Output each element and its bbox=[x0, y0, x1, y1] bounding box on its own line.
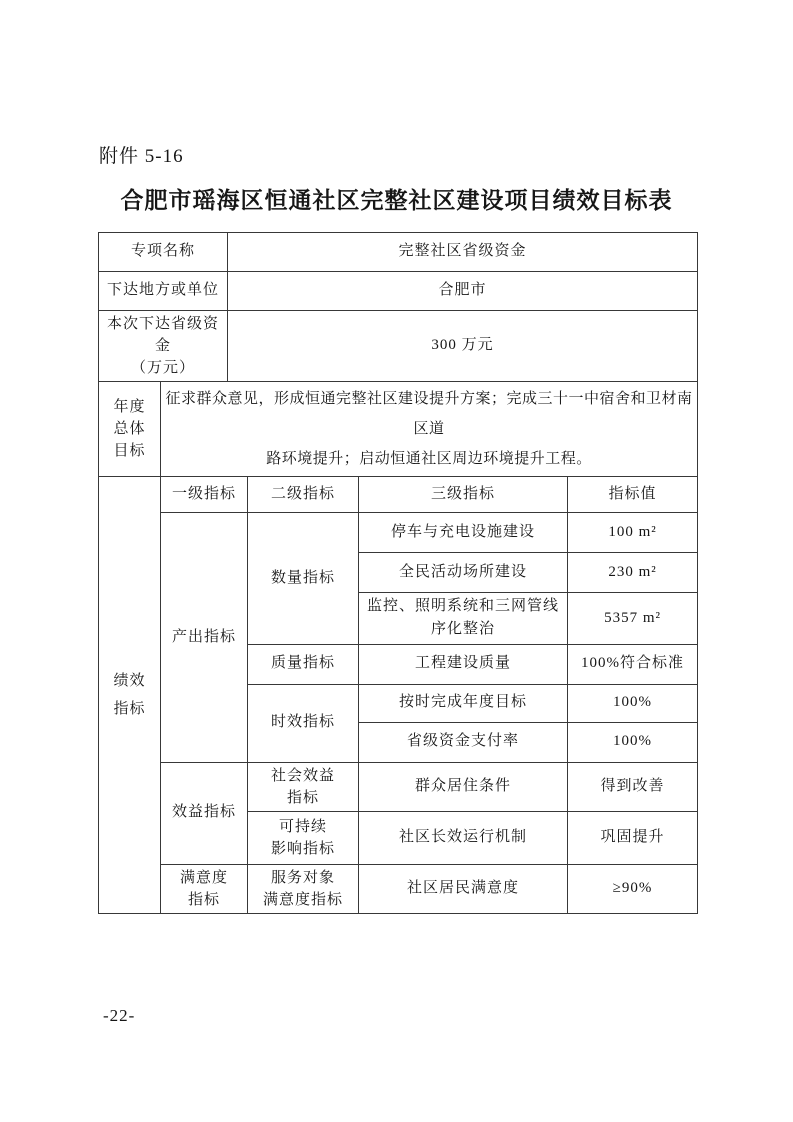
tertiary-cell: 按时完成年度目标 bbox=[359, 684, 568, 722]
info-label-line: （万元） bbox=[103, 357, 223, 379]
primary-satisfaction-cell: 满意度 指标 bbox=[161, 864, 248, 913]
value-cell: 得到改善 bbox=[568, 762, 698, 811]
indicator-row: 效益指标 社会效益 指标 群众居住条件 得到改善 bbox=[99, 762, 698, 811]
value-cell: 100% bbox=[568, 722, 698, 762]
header-primary-indicator: 一级指标 bbox=[161, 477, 248, 513]
document-page: 附件 5-16 合肥市瑶海区恒通社区完整社区建设项目绩效目标表 专项名称 完整社… bbox=[0, 0, 793, 1122]
primary-text-line: 满意度 bbox=[165, 867, 243, 889]
secondary-text-line: 可持续 bbox=[252, 816, 354, 838]
document-title: 合肥市瑶海区恒通社区完整社区建设项目绩效目标表 bbox=[0, 182, 793, 215]
annual-goal-row: 年度 总体 目标 征求群众意见，形成恒通完整社区建设提升方案；完成三十一中宿舍和… bbox=[99, 382, 698, 477]
secondary-service-cell: 服务对象 满意度指标 bbox=[248, 864, 359, 913]
header-tertiary-indicator: 三级指标 bbox=[359, 477, 568, 513]
performance-section-label-line: 指标 bbox=[103, 695, 156, 723]
value-cell: 100%符合标准 bbox=[568, 644, 698, 684]
annual-goal-text-line: 征求群众意见，形成恒通完整社区建设提升方案；完成三十一中宿舍和卫材南区道 bbox=[165, 384, 693, 444]
secondary-quality-cell: 质量指标 bbox=[248, 644, 359, 684]
secondary-text-line: 社会效益 bbox=[252, 765, 354, 787]
secondary-quantity-cell: 数量指标 bbox=[248, 513, 359, 645]
info-value: 300 万元 bbox=[228, 311, 698, 382]
annual-goal-text-line: 路环境提升；启动恒通社区周边环境提升工程。 bbox=[165, 444, 693, 474]
annual-goal-text: 征求群众意见，形成恒通完整社区建设提升方案；完成三十一中宿舍和卫材南区道 路环境… bbox=[161, 382, 698, 477]
value-cell: 100 m² bbox=[568, 513, 698, 553]
value-cell: ≥90% bbox=[568, 864, 698, 913]
tertiary-cell: 监控、照明系统和三网管线序化整治 bbox=[359, 593, 568, 645]
annual-goal-label-line: 总体 bbox=[103, 418, 156, 440]
header-secondary-indicator: 二级指标 bbox=[248, 477, 359, 513]
primary-output-cell: 产出指标 bbox=[161, 513, 248, 763]
value-cell: 100% bbox=[568, 684, 698, 722]
info-row-fund-amount: 本次下达省级资金 （万元） 300 万元 bbox=[99, 311, 698, 382]
annual-goal-label-line: 目标 bbox=[103, 440, 156, 462]
tertiary-text: 监控、照明系统和三网管线序化整治 bbox=[363, 595, 563, 642]
page-number: -22- bbox=[103, 1006, 135, 1026]
performance-section-label: 绩效 指标 bbox=[99, 477, 161, 914]
value-cell: 巩固提升 bbox=[568, 811, 698, 864]
value-cell: 5357 m² bbox=[568, 593, 698, 645]
indicator-header-row: 绩效 指标 一级指标 二级指标 三级指标 指标值 bbox=[99, 477, 698, 513]
value-cell: 230 m² bbox=[568, 553, 698, 593]
tertiary-cell: 社区居民满意度 bbox=[359, 864, 568, 913]
tertiary-cell: 全民活动场所建设 bbox=[359, 553, 568, 593]
secondary-text-line: 满意度指标 bbox=[252, 889, 354, 911]
secondary-sustain-cell: 可持续 影响指标 bbox=[248, 811, 359, 864]
info-row-project-name: 专项名称 完整社区省级资金 bbox=[99, 233, 698, 272]
secondary-text-line: 服务对象 bbox=[252, 867, 354, 889]
primary-text-line: 指标 bbox=[165, 889, 243, 911]
tertiary-cell: 群众居住条件 bbox=[359, 762, 568, 811]
tertiary-cell: 社区长效运行机制 bbox=[359, 811, 568, 864]
info-value: 完整社区省级资金 bbox=[228, 233, 698, 272]
primary-benefit-cell: 效益指标 bbox=[161, 762, 248, 864]
info-label: 下达地方或单位 bbox=[99, 272, 228, 311]
tertiary-cell: 停车与充电设施建设 bbox=[359, 513, 568, 553]
attachment-label: 附件 5-16 bbox=[99, 141, 184, 168]
info-row-recipient: 下达地方或单位 合肥市 bbox=[99, 272, 698, 311]
annual-goal-label: 年度 总体 目标 bbox=[99, 382, 161, 477]
tertiary-cell: 省级资金支付率 bbox=[359, 722, 568, 762]
secondary-text-line: 影响指标 bbox=[252, 838, 354, 860]
indicator-row: 满意度 指标 服务对象 满意度指标 社区居民满意度 ≥90% bbox=[99, 864, 698, 913]
performance-target-table: 专项名称 完整社区省级资金 下达地方或单位 合肥市 本次下达省级资金 （万元） … bbox=[98, 232, 698, 914]
performance-section-label-line: 绩效 bbox=[103, 667, 156, 695]
annual-goal-label-line: 年度 bbox=[103, 396, 156, 418]
secondary-social-cell: 社会效益 指标 bbox=[248, 762, 359, 811]
info-label: 专项名称 bbox=[99, 233, 228, 272]
secondary-text-line: 指标 bbox=[252, 787, 354, 809]
indicator-row: 产出指标 数量指标 停车与充电设施建设 100 m² bbox=[99, 513, 698, 553]
info-value: 合肥市 bbox=[228, 272, 698, 311]
secondary-timeliness-cell: 时效指标 bbox=[248, 684, 359, 762]
tertiary-cell: 工程建设质量 bbox=[359, 644, 568, 684]
info-label: 本次下达省级资金 （万元） bbox=[99, 311, 228, 382]
info-label-line: 本次下达省级资金 bbox=[103, 313, 223, 357]
header-indicator-value: 指标值 bbox=[568, 477, 698, 513]
